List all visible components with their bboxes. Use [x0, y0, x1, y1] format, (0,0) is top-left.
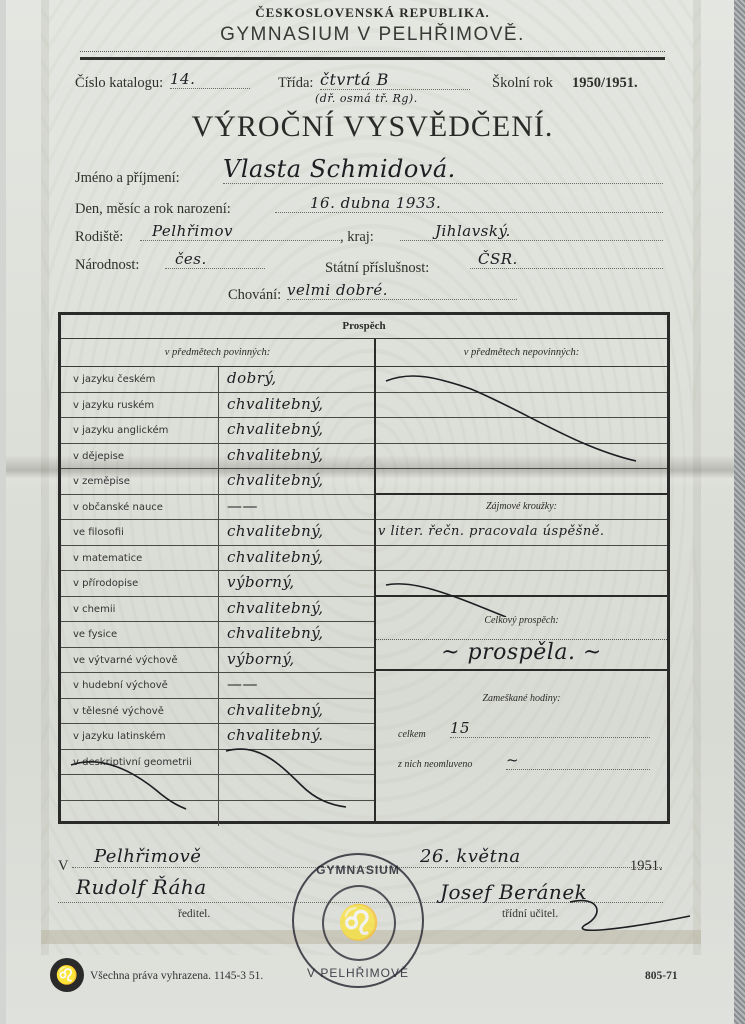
unexcused-hours-value: ~ — [506, 751, 650, 770]
class-label: Třída: — [278, 75, 313, 92]
table-row: v jazyku ruskémchvalitebný, — [61, 393, 374, 419]
catalog-label: Číslo katalogu: — [75, 75, 163, 92]
missed-hours-label: Zameškané hodiny: — [376, 671, 667, 715]
birthplace-label: Rodiště: — [75, 229, 123, 246]
director-label: ředitel. — [178, 908, 210, 920]
table-row: v občanské nauce—— — [61, 495, 374, 521]
table-row: v zeměpisechvalitebný, — [61, 469, 374, 495]
total-hours-label: celkem — [398, 729, 426, 740]
subject-name: v přírodopise — [61, 571, 219, 596]
cancel-stroke-left — [61, 745, 374, 825]
table-row: ve výtvarné výchověvýborný, — [61, 648, 374, 674]
unexcused-hours-row: z nich neomluveno ~ — [376, 749, 667, 779]
school-stamp: GYMNASIUM ♌ V PELHŘIMOVĚ — [292, 853, 424, 988]
total-hours-row: celkem 15 — [376, 715, 667, 749]
stamp-top-text: GYMNASIUM — [294, 863, 422, 877]
unexcused-hours-label: z nich neomluveno — [398, 759, 472, 770]
subject-name: v matematice — [61, 546, 219, 571]
birthplace-value: Pelhřimov — [140, 222, 340, 241]
conduct-value: velmi dobré. — [287, 281, 517, 300]
subject-name: ve výtvarné výchově — [61, 648, 219, 673]
subject-name: ve fysice — [61, 622, 219, 647]
grades-table: Prospěch v předmětech povinných: v předm… — [58, 312, 670, 824]
teacher-label: třídní učitel. — [502, 908, 558, 920]
optional-subjects-header: v předmětech nepovinných: — [376, 339, 667, 367]
table-row: v chemiichvalitebný, — [61, 597, 374, 623]
nationality-value: čes. — [165, 250, 265, 269]
rights-notice: Všechna práva vyhrazena. 1145-3 51. — [90, 970, 263, 982]
region-value: Jihlavský. — [400, 222, 663, 241]
subject-grade: chvalitebný, — [219, 622, 374, 647]
overall-result-value: ~ prospěla. ~ — [376, 639, 667, 671]
subject-grade: —— — [219, 673, 374, 698]
table-row: v tělesné výchověchvalitebný, — [61, 699, 374, 725]
nationality-label: Národnost: — [75, 257, 139, 274]
subject-grade: chvalitebný, — [219, 699, 374, 724]
document-title: VÝROČNÍ VYSVĚDČENÍ. — [0, 110, 745, 144]
subject-grade: chvalitebný, — [219, 469, 374, 494]
subject-grade: výborný, — [219, 648, 374, 673]
table-row: ve fysicechvalitebný, — [61, 622, 374, 648]
school-year-label: Školní rok — [492, 75, 553, 92]
birth-value: 16. dubna 1933. — [275, 194, 663, 213]
citizenship-value: ČSR. — [470, 250, 663, 269]
lion-emblem-icon: ♌ — [322, 885, 396, 961]
place-prefix: V — [58, 858, 68, 875]
subject-grade: dobrý, — [219, 367, 374, 392]
subject-name: v jazyku anglickém — [61, 418, 219, 443]
stamp-bottom-text: V PELHŘIMOVĚ — [294, 966, 422, 980]
catalog-value: 14. — [170, 70, 250, 89]
table-row: v přírodopisevýborný, — [61, 571, 374, 597]
birth-label: Den, měsíc a rok narození: — [75, 201, 231, 218]
subject-name: v chemii — [61, 597, 219, 622]
class-note: (dř. osmá tř. Rg). — [315, 92, 418, 105]
subject-grade: chvalitebný, — [219, 520, 374, 545]
subject-name: v tělesné výchově — [61, 699, 219, 724]
subject-name: v občanské nauce — [61, 495, 219, 520]
spacer — [376, 820, 667, 825]
table-row: v jazyku anglickémchvalitebný, — [61, 418, 374, 444]
subject-grade: —— — [219, 495, 374, 520]
subject-name: v jazyku ruském — [61, 393, 219, 418]
republic-heading: ČESKOSLOVENSKÁ REPUBLIKA. — [0, 5, 745, 21]
region-label: , kraj: — [340, 229, 374, 246]
table-row: v jazyku českémdobrý, — [61, 367, 374, 393]
subject-grade: výborný, — [219, 571, 374, 596]
table-row: v hudební výchově—— — [61, 673, 374, 699]
total-hours-value: 15 — [450, 719, 650, 738]
date-value: 26. května — [420, 846, 521, 867]
subject-grade: chvalitebný, — [219, 546, 374, 571]
subject-grade: chvalitebný, — [219, 418, 374, 443]
mandatory-subjects-header: v předmětech povinných: — [61, 339, 374, 367]
grades-header: Prospěch — [61, 315, 667, 339]
form-number: 805-71 — [645, 970, 678, 982]
state-emblem-icon: ♌ — [50, 958, 84, 992]
class-value: čtvrtá B — [320, 70, 470, 90]
year-value: 1951. — [630, 858, 663, 875]
cancel-stroke-right — [376, 367, 667, 617]
citizenship-label: Státní příslušnost: — [325, 260, 429, 277]
name-label: Jméno a příjmení: — [75, 170, 180, 187]
subject-name: v jazyku českém — [61, 367, 219, 392]
subject-grade: chvalitebný, — [219, 393, 374, 418]
table-row: ve filosofiichvalitebný, — [61, 520, 374, 546]
table-row: v dějepisechvalitebný, — [61, 444, 374, 470]
subject-grade: chvalitebný, — [219, 597, 374, 622]
header-rule-dotted — [80, 51, 665, 52]
subject-name: ve filosofii — [61, 520, 219, 545]
teacher-signature-flourish — [560, 890, 700, 940]
table-row: v matematicechvalitebný, — [61, 546, 374, 572]
subject-name: v zeměpise — [61, 469, 219, 494]
school-heading: GYMNASIUM V PELHŘIMOVĚ. — [0, 24, 745, 46]
name-value: Vlasta Schmidová. — [223, 155, 663, 184]
subject-name: v hudební výchově — [61, 673, 219, 698]
subject-grade: chvalitebný, — [219, 444, 374, 469]
school-year-value: 1950/1951. — [572, 75, 638, 92]
conduct-label: Chování: — [228, 287, 281, 304]
header-rule-thick — [80, 57, 665, 60]
subject-name: v dějepise — [61, 444, 219, 469]
